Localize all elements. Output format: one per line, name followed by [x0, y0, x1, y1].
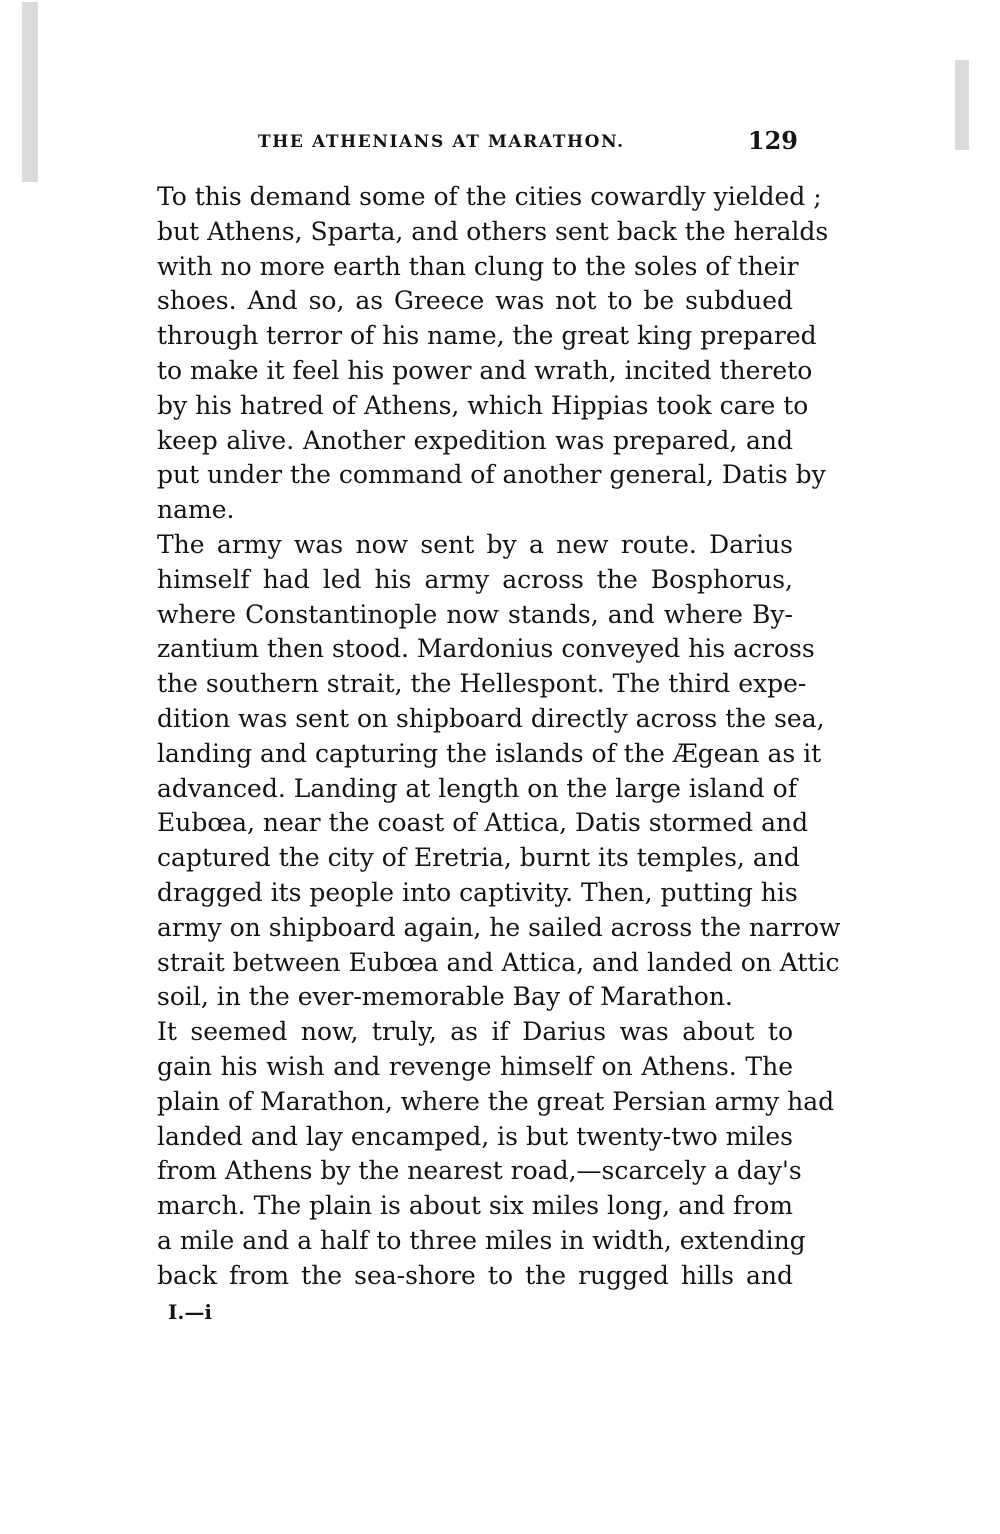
text-line: by his hatred of Athens, which Hippias t…	[157, 389, 793, 424]
text-line: The army was now sent by a new route. Da…	[157, 528, 793, 563]
text-line: advanced. Landing at length on the large…	[157, 772, 793, 807]
text-line: army on shipboard again, he sailed acros…	[157, 911, 793, 946]
text-line: name.	[157, 493, 793, 528]
text-line: It seemed now, truly, as if Darius was a…	[157, 1015, 793, 1050]
running-head: THE ATHENIANS AT MARATHON. 129	[258, 126, 798, 158]
text-line: march. The plain is about six miles long…	[157, 1189, 793, 1224]
text-line: zantium then stood. Mardonius conveyed h…	[157, 632, 793, 667]
text-line: captured the city of Eretria, burnt its …	[157, 841, 793, 876]
text-line: gain his wish and revenge himself on Ath…	[157, 1050, 793, 1085]
text-line: where Constantinople now stands, and whe…	[157, 598, 793, 633]
paragraph: It seemed now, truly, as if Darius was a…	[157, 1015, 793, 1293]
text-line: to make it feel his power and wrath, inc…	[157, 354, 793, 389]
text-line: put under the command of another general…	[157, 458, 793, 493]
text-line: plain of Marathon, where the great Persi…	[157, 1085, 793, 1120]
body-text: To this demand some of the cities coward…	[157, 180, 793, 1294]
page-number: 129	[748, 126, 798, 155]
signature-mark: I.—i	[168, 1300, 212, 1324]
text-line: keep alive. Another expedition was prepa…	[157, 424, 793, 459]
text-line: To this demand some of the cities coward…	[157, 180, 793, 215]
text-line: but Athens, Sparta, and others sent back…	[157, 215, 793, 250]
text-line: landed and lay encamped, is but twenty-t…	[157, 1120, 793, 1155]
text-line: strait between Eubœa and Attica, and lan…	[157, 946, 793, 981]
text-line: with no more earth than clung to the sol…	[157, 250, 793, 285]
text-line: dition was sent on shipboard directly ac…	[157, 702, 793, 737]
paragraph: To this demand some of the cities coward…	[157, 180, 793, 528]
text-line: back from the sea-shore to the rugged hi…	[157, 1259, 793, 1294]
running-title: THE ATHENIANS AT MARATHON.	[258, 132, 625, 152]
text-line: dragged its people into captivity. Then,…	[157, 876, 793, 911]
text-line: a mile and a half to three miles in widt…	[157, 1224, 793, 1259]
text-line: from Athens by the nearest road,—scarcel…	[157, 1154, 793, 1189]
text-line: Eubœa, near the coast of Attica, Datis s…	[157, 806, 793, 841]
text-line: through terror of his name, the great ki…	[157, 319, 793, 354]
scan-noise-right	[955, 60, 969, 150]
text-line: the southern strait, the Hellespont. The…	[157, 667, 793, 702]
text-line: shoes. And so, as Greece was not to be s…	[157, 284, 793, 319]
text-line: landing and capturing the islands of the…	[157, 737, 793, 772]
text-line: soil, in the ever-memorable Bay of Marat…	[157, 980, 793, 1015]
paragraph: The army was now sent by a new route. Da…	[157, 528, 793, 1015]
text-line: himself had led his army across the Bosp…	[157, 563, 793, 598]
scan-noise-left	[22, 2, 38, 182]
